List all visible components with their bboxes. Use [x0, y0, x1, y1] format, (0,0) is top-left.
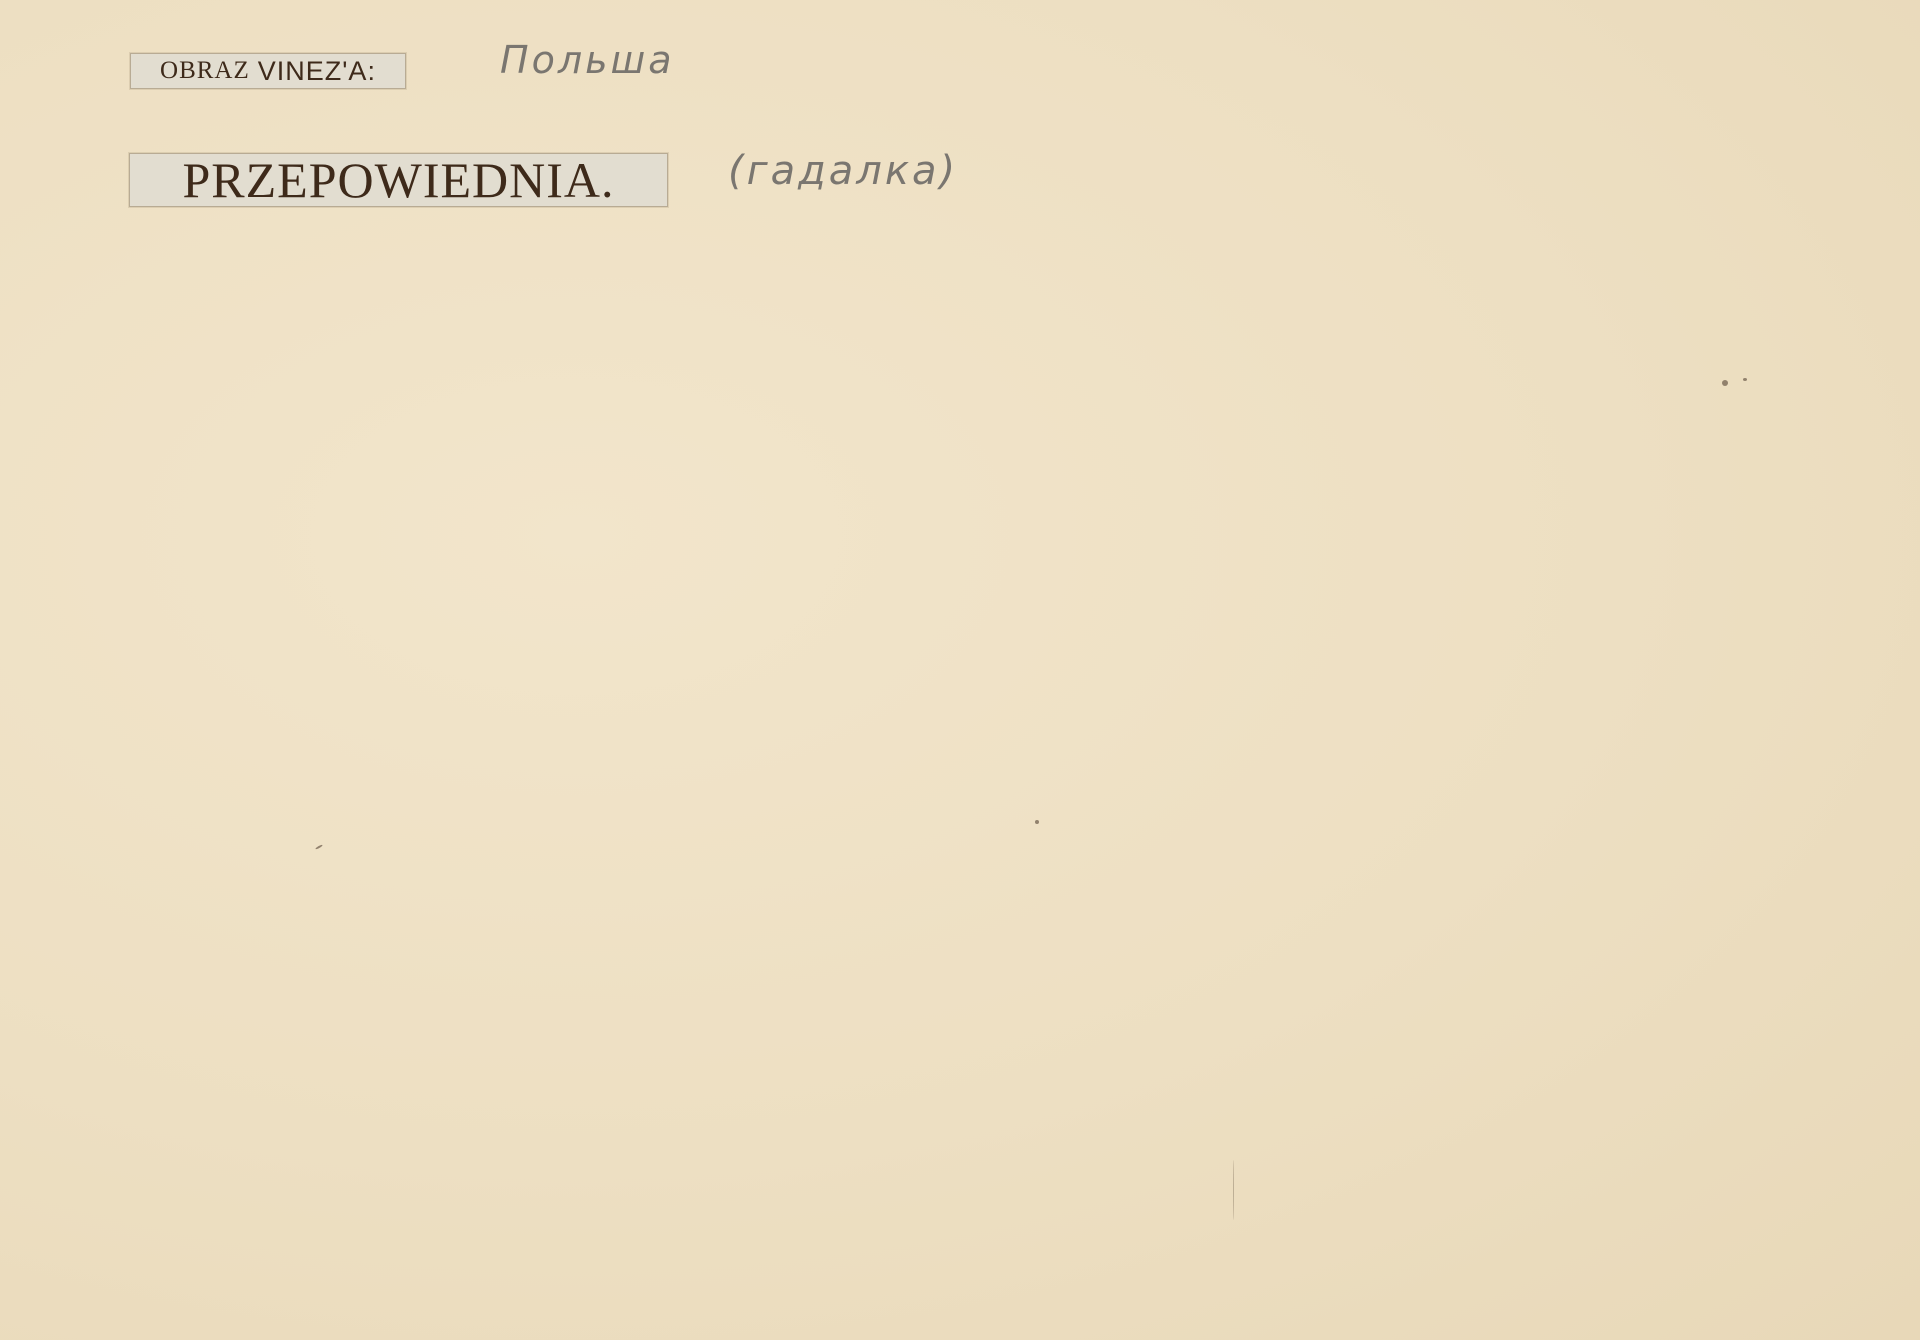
artist-label: OBRAZ VINEZ'A:	[130, 53, 406, 89]
title-label: PRZEPOWIEDNIA.	[129, 153, 668, 207]
artist-name: VINEZ'A:	[258, 56, 376, 87]
handwritten-subject: (гадалка)	[728, 148, 958, 194]
paper-speck	[315, 844, 323, 850]
card-back: OBRAZ VINEZ'A: Польша PRZEPOWIEDNIA. (га…	[0, 0, 1920, 1340]
paper-speck	[1743, 378, 1747, 381]
handwritten-country: Польша	[500, 38, 675, 82]
artist-prefix: OBRAZ	[160, 57, 250, 85]
paper-speck	[1035, 820, 1039, 824]
paper-speck	[1233, 1160, 1234, 1220]
paper-speck	[1722, 380, 1728, 386]
